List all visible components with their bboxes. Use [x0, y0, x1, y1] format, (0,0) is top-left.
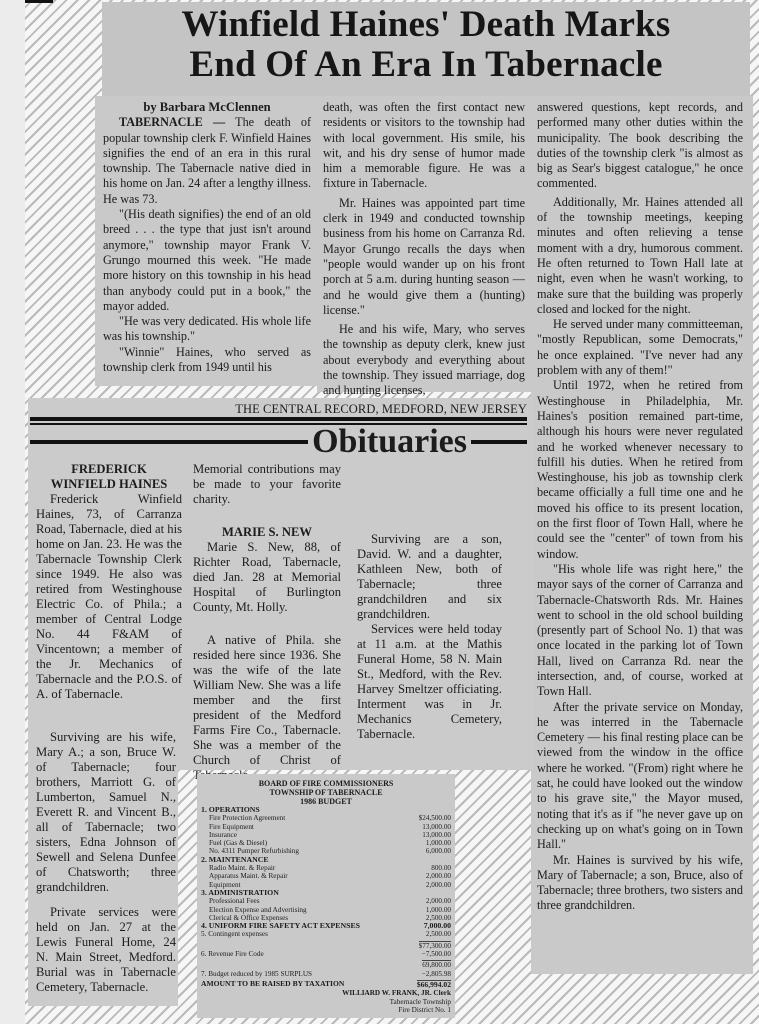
budget-row-amount: 13,000.00 — [422, 831, 451, 839]
budget-row-label: 4. UNIFORM FIRE SAFETY ACT EXPENSES — [201, 922, 360, 930]
obituary-paragraph: Surviving are his wife, Mary A.; a son, … — [36, 730, 176, 895]
budget-row-label: 6. Revenue Fire Code — [201, 950, 264, 958]
budget-row: 2. MAINTENANCE — [201, 856, 451, 864]
budget-row-label: 1. OPERATIONS — [201, 806, 260, 814]
obituary-paragraph: Private services were held on Jan. 27 at… — [36, 905, 176, 995]
budget-row-amount: 1,000.00 — [426, 906, 451, 914]
budget-row-label: 5. Contingent expenses — [201, 930, 268, 938]
headline-clipping: Winfield Haines' Death Marks End Of An E… — [102, 2, 750, 96]
budget-row: 4. UNIFORM FIRE SAFETY ACT EXPENSES7,000… — [201, 922, 451, 930]
obituaries-clipping: THE CENTRAL RECORD, MEDFORD, NEW JERSEY … — [28, 398, 533, 770]
obituary-paragraph: Marie S. New, 88, of Richter Road, Taber… — [193, 540, 341, 615]
budget-row: Insurance13,000.00 — [201, 831, 451, 839]
budget-row-label: 7. Budget reduced by 1985 SURPLUS — [201, 970, 312, 978]
article-paragraph: answered questions, kept records, and pe… — [537, 100, 743, 192]
budget-row: 3. ADMINISTRATION — [201, 889, 451, 897]
article-column-2: death, was often the first contact new r… — [317, 96, 531, 392]
article-paragraph: Mr. Haines was appointed part time clerk… — [323, 196, 525, 318]
newspaper-masthead: THE CENTRAL RECORD, MEDFORD, NEW JERSEY — [235, 402, 527, 417]
obituary-paragraph: Surviving are a son, David. W. and a dau… — [357, 532, 502, 622]
rule-divider — [30, 440, 308, 444]
budget-row-amount: 7,000.00 — [424, 922, 451, 930]
headline-line-2: End Of An Era In Tabernacle — [189, 44, 662, 85]
fire-budget-clipping: BOARD OF FIRE COMMISSIONERS TOWNSHIP OF … — [197, 774, 455, 1018]
article-paragraph: After the private service on Monday, he … — [537, 700, 743, 853]
budget-row-label: Radio Maint. & Repair — [201, 864, 275, 872]
obituary-column-2: Memorial contributions may be made to yo… — [193, 462, 341, 783]
budget-row-label: Fire Protection Agreement — [201, 814, 285, 822]
article-paragraph: "(His death signifies) the end of an old… — [103, 207, 311, 314]
budget-row-amount: $24,500.00 — [419, 814, 451, 822]
budget-signature-line: WILLIARD W. FRANK, JR. Clerk — [201, 989, 451, 997]
budget-row: Fire Equipment13,000.00 — [201, 823, 451, 831]
section-title: Obituaries — [308, 423, 471, 461]
left-margin-strip — [0, 0, 25, 1024]
article-paragraph: "He was very dedicated. His whole life w… — [103, 314, 311, 345]
dateline: TABERNACLE — — [119, 115, 225, 129]
budget-row-amount: $66,994.02 — [417, 980, 451, 989]
budget-row-amount: 1,000.00 — [426, 839, 451, 847]
budget-row: Election Expense and Advertising1,000.00 — [201, 906, 451, 914]
budget-signature-line: Tabernacle Township — [201, 998, 451, 1006]
obituary-continuation: Surviving are his wife, Mary A.; a son, … — [28, 724, 178, 1006]
obituary-column-3: Surviving are a son, David. W. and a dau… — [357, 462, 502, 742]
obituary-haines-continued: Surviving are his wife, Mary A.; a son, … — [36, 730, 176, 995]
budget-row: Radio Maint. & Repair800.00 — [201, 864, 451, 872]
budget-row-label: 3. ADMINISTRATION — [201, 889, 279, 897]
budget-row-amount: −7,500.00 — [422, 950, 451, 958]
budget-row: Apparatus Maint. & Repair2,000.00 — [201, 872, 451, 880]
budget-row-amount: $77,300.00 — [419, 941, 451, 950]
budget-row: 6. Revenue Fire Code−7,500.00 — [201, 950, 451, 958]
article-paragraph: TABERNACLE — The death of popular townsh… — [103, 115, 311, 207]
article-paragraph: "His whole life was right here," the may… — [537, 562, 743, 700]
section-title-row: Obituaries — [30, 422, 527, 462]
article-column-1: by Barbara McClennen TABERNACLE — The de… — [95, 96, 317, 386]
obituary-name: MARIE S. NEW — [193, 525, 341, 540]
budget-row-label: Fire Equipment — [201, 823, 254, 831]
budget-row: Fire Protection Agreement$24,500.00 — [201, 814, 451, 822]
budget-row-amount: 2,500.00 — [426, 930, 451, 938]
article-paragraph: Until 1972, when he retired from Westing… — [537, 378, 743, 562]
budget-row: 69,800.00 — [201, 960, 451, 969]
budget-row: $77,300.00 — [201, 941, 451, 950]
article-paragraph: He served under many committeeman, "most… — [537, 317, 743, 378]
budget-table: 1. OPERATIONSFire Protection Agreement$2… — [201, 806, 451, 1014]
obituary-paragraph: Frederick Winfield Haines, 73, of Carran… — [36, 492, 182, 702]
budget-row-label: Fuel (Gas & Diesel) — [201, 839, 267, 847]
budget-row-amount: 2,000.00 — [426, 897, 451, 905]
obituary-paragraph: Services were held today at 11 a.m. at t… — [357, 622, 502, 742]
top-edge-mark — [25, 0, 53, 3]
rule-divider — [30, 417, 527, 421]
obituary-paragraph: Memorial contributions may be made to yo… — [193, 462, 341, 507]
headline-line-1: Winfield Haines' Death Marks — [181, 4, 670, 45]
budget-row-label: AMOUNT TO BE RAISED BY TAXATION — [201, 980, 344, 989]
budget-header: BOARD OF FIRE COMMISSIONERS TOWNSHIP OF … — [197, 779, 455, 806]
budget-row-label: 2. MAINTENANCE — [201, 856, 269, 864]
obituary-haines: FREDERICKWINFIELD HAINES Frederick Winfi… — [36, 462, 182, 702]
budget-row-label: Election Expense and Advertising — [201, 906, 307, 914]
obituary-paragraph: A native of Phila. she resided here sinc… — [193, 633, 341, 783]
budget-row: 7. Budget reduced by 1985 SURPLUS−2,805.… — [201, 970, 451, 978]
budget-row-amount: 6,000.00 — [426, 847, 451, 855]
budget-row: 5. Contingent expenses2,500.00 — [201, 930, 451, 938]
budget-row-amount: 2,000.00 — [426, 881, 451, 889]
article-paragraph: "Winnie" Haines, who served as township … — [103, 345, 311, 376]
budget-row-amount: 13,000.00 — [422, 823, 451, 831]
budget-row: AMOUNT TO BE RAISED BY TAXATION$66,994.0… — [201, 980, 451, 989]
budget-row-amount: 2,000.00 — [426, 872, 451, 880]
budget-row: 1. OPERATIONS — [201, 806, 451, 814]
budget-row-label: Professional Fees — [201, 897, 260, 905]
budget-row-amount: 69,800.00 — [422, 960, 451, 969]
article-paragraph: death, was often the first contact new r… — [323, 100, 525, 192]
budget-row: Professional Fees2,000.00 — [201, 897, 451, 905]
budget-row-amount: 800.00 — [431, 864, 451, 872]
budget-row-label: Insurance — [201, 831, 237, 839]
article-paragraph: He and his wife, Mary, who serves the to… — [323, 322, 525, 398]
headline: Winfield Haines' Death Marks End Of An E… — [102, 2, 750, 85]
article-paragraph: Additionally, Mr. Haines attended all of… — [537, 195, 743, 317]
budget-row-label: Apparatus Maint. & Repair — [201, 872, 288, 880]
budget-signature-line: Fire District No. 1 — [201, 1006, 451, 1014]
article-column-3: answered questions, kept records, and pe… — [531, 96, 753, 974]
budget-row-amount: −2,805.98 — [422, 970, 451, 978]
article-paragraph: Mr. Haines is survived by his wife, Mary… — [537, 853, 743, 914]
rule-divider — [471, 440, 527, 444]
budget-row: Fuel (Gas & Diesel)1,000.00 — [201, 839, 451, 847]
obituary-name: FREDERICKWINFIELD HAINES — [36, 462, 182, 492]
byline: by Barbara McClennen — [103, 100, 311, 115]
